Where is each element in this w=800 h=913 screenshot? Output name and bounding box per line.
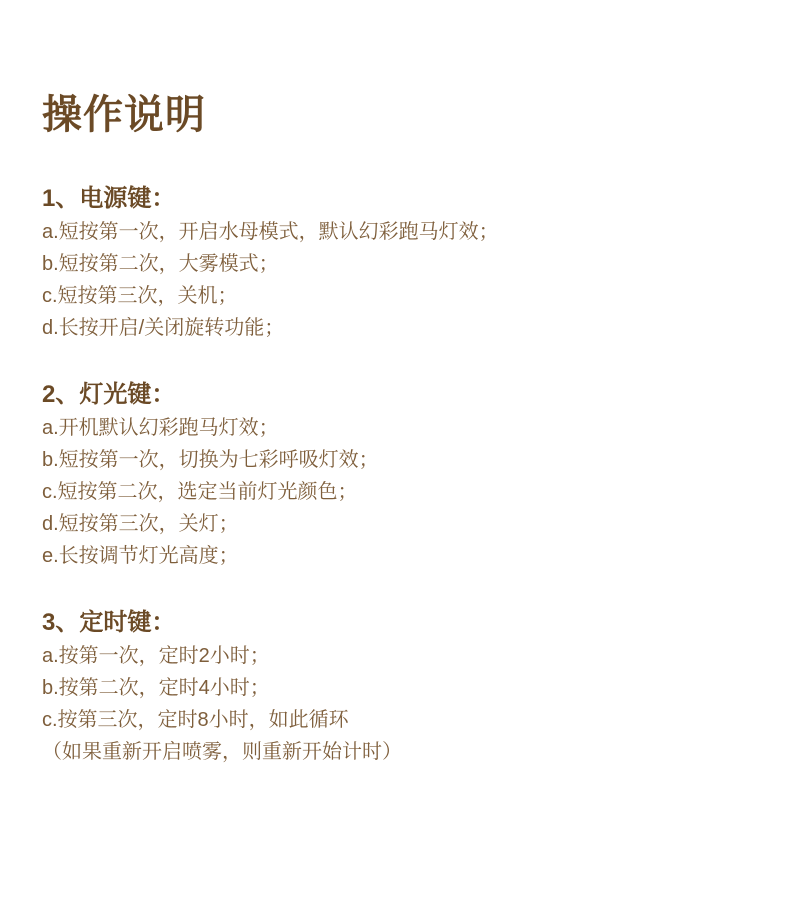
- section-heading-timer-key: 3、定时键：: [42, 608, 760, 638]
- section-timer-key: 3、定时键： a.按第一次，定时2小时； b.按第二次，定时4小时； c.按第三…: [42, 608, 760, 768]
- instruction-line: a.开机默认幻彩跑马灯效；: [42, 412, 760, 444]
- instruction-line: b.短按第二次，大雾模式；: [42, 248, 760, 280]
- instruction-line: a.按第一次，定时2小时；: [42, 640, 760, 672]
- instruction-line: d.短按第三次，关灯；: [42, 508, 760, 540]
- instruction-line: d.长按开启/关闭旋转功能；: [42, 312, 760, 344]
- instruction-line: b.按第二次，定时4小时；: [42, 672, 760, 704]
- section-heading-power-key: 1、电源键：: [42, 184, 760, 214]
- instruction-page: 操作说明 1、电源键： a.短按第一次，开启水母模式，默认幻彩跑马灯效； b.短…: [0, 0, 800, 913]
- instruction-line: c.短按第三次，关机；: [42, 280, 760, 312]
- instruction-line: b.短按第一次，切换为七彩呼吸灯效；: [42, 444, 760, 476]
- instruction-line: c.按第三次，定时8小时，如此循环: [42, 704, 760, 736]
- instruction-line: （如果重新开启喷雾，则重新开始计时）: [42, 736, 760, 768]
- instruction-line: e.长按调节灯光高度；: [42, 540, 760, 572]
- section-power-key: 1、电源键： a.短按第一次，开启水母模式，默认幻彩跑马灯效； b.短按第二次，…: [42, 184, 760, 344]
- section-light-key: 2、灯光键： a.开机默认幻彩跑马灯效； b.短按第一次，切换为七彩呼吸灯效； …: [42, 380, 760, 572]
- page-title: 操作说明: [42, 94, 760, 136]
- instruction-line: c.短按第二次，选定当前灯光颜色；: [42, 476, 760, 508]
- instruction-line: a.短按第一次，开启水母模式，默认幻彩跑马灯效；: [42, 216, 760, 248]
- section-heading-light-key: 2、灯光键：: [42, 380, 760, 410]
